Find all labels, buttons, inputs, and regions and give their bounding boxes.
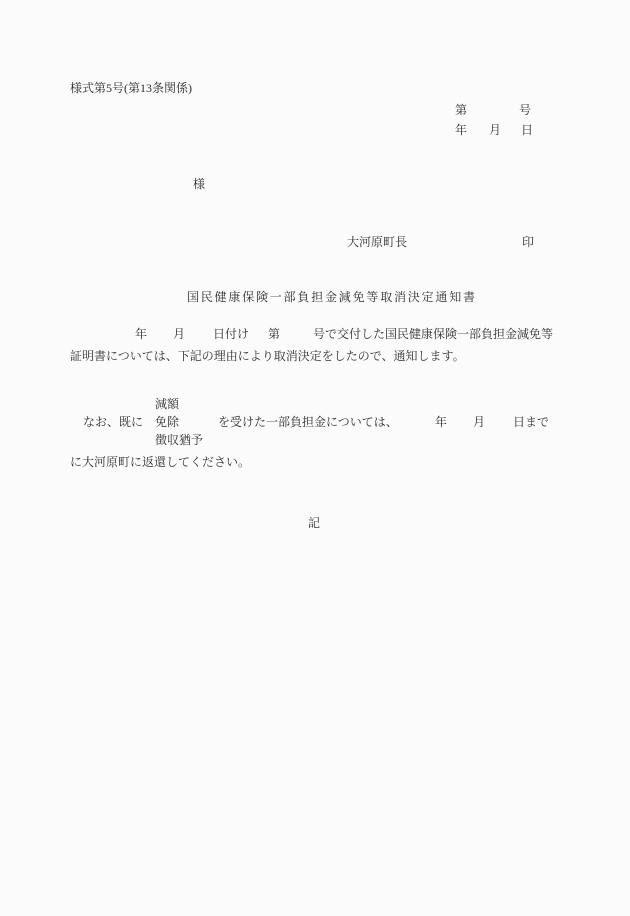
deadline-year-label: 年 bbox=[435, 415, 447, 429]
note-closing-text: に大河原町に返還してください。 bbox=[70, 455, 250, 469]
document-page: 様式第5号(第13条関係) 第 号 年 月 日 様 大河原町長 印 国民健康保険… bbox=[0, 0, 630, 916]
deadline-day-label: 日まで bbox=[513, 415, 549, 429]
record-marker: 記 bbox=[308, 516, 320, 530]
body-line2-text: 証明書については、下記の理由により取消決定をしたので、通知します。 bbox=[70, 349, 465, 363]
document-title: 国民健康保険一部負担金減免等取消決定通知書 bbox=[187, 290, 477, 304]
body-date-year-label: 年 bbox=[135, 327, 147, 341]
deadline-month-label: 月 bbox=[473, 415, 485, 429]
issuer-title: 大河原町長 bbox=[347, 235, 407, 249]
addressee-honorific: 様 bbox=[193, 177, 205, 191]
header-date-year-label: 年 bbox=[455, 123, 467, 137]
option-reduction: 減額 bbox=[155, 397, 179, 411]
body-date-month-label: 月 bbox=[173, 327, 185, 341]
option-exemption: 免除 bbox=[155, 415, 179, 429]
option-deferment: 徴収猶予 bbox=[155, 433, 203, 447]
doc-number-suffix: 号 bbox=[519, 103, 531, 117]
header-date-day-label: 日 bbox=[521, 123, 533, 137]
note-lead-text: なお、既に bbox=[83, 415, 143, 429]
body-line1-text: 号で交付した国民健康保険一部負担金減免等 bbox=[313, 327, 553, 341]
body-number-prefix: 第 bbox=[268, 327, 280, 341]
doc-number-prefix: 第 bbox=[455, 103, 467, 117]
body-date-day-label: 日付け bbox=[213, 327, 249, 341]
header-date-month-label: 月 bbox=[489, 123, 501, 137]
seal-placeholder: 印 bbox=[522, 235, 534, 249]
note-after-options-text: を受けた一部負担金については、 bbox=[218, 415, 398, 429]
form-number-label: 様式第5号(第13条関係) bbox=[70, 81, 192, 95]
